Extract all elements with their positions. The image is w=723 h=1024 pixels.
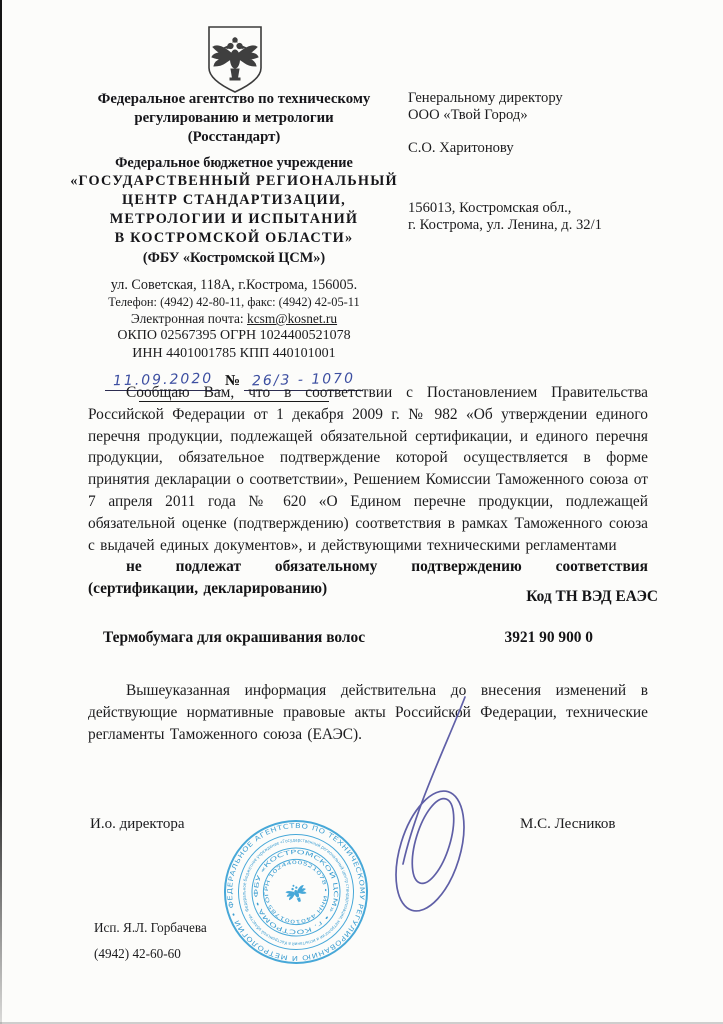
- institution-name-line-3: МЕТРОЛОГИИ И ИСПЫТАНИЙ: [60, 210, 408, 229]
- body-paragraph-1: Сообщаю Вам, что в соответствии с Постан…: [88, 382, 648, 556]
- letter-body: Сообщаю Вам, что в соответствии с Постан…: [88, 382, 648, 600]
- org-email-line: Электронная почта: kcsm@kosnet.ru: [60, 310, 408, 327]
- executor-phone: (4942) 42-60-60: [94, 946, 181, 962]
- closing-paragraph: Вышеуказанная информация действительна д…: [88, 680, 648, 745]
- institution-type: Федеральное бюджетное учреждение: [60, 154, 408, 172]
- official-stamp: • ФЕДЕРАЛЬНОЕ АГЕНТСТВО ПО ТЕХНИЧЕСКОМУ …: [218, 814, 374, 970]
- org-email-label: Электронная почта:: [131, 311, 247, 326]
- org-phone-fax: Телефон: (4942) 42-80-11, факс: (4942) 4…: [60, 294, 408, 310]
- institution-name-line-1: «ГОСУДАРСТВЕННЫЙ РЕГИОНАЛЬНЫЙ: [60, 172, 408, 191]
- signer-position: И.о. директора: [90, 816, 185, 833]
- org-inn-kpp: ИНН 4401001785 КПП 440101001: [60, 345, 408, 363]
- scan-artifact-left-edge: [0, 0, 2, 1024]
- scanned-letter-page: Федеральное агентство по техническому ре…: [0, 0, 723, 1024]
- stamp-eagle-icon: [283, 881, 309, 906]
- institution-abbr: (ФБУ «Костромской ЦСМ»): [60, 249, 408, 268]
- addressee-address-line-1: 156013, Костромская обл.,: [408, 200, 698, 217]
- agency-abbr: (Росстандарт): [60, 128, 408, 147]
- institution-name-line-2: ЦЕНТР СТАНДАРТИЗАЦИИ,: [60, 191, 408, 210]
- coat-of-arms-icon: [204, 26, 266, 94]
- signer-name: М.С. Лесников: [520, 816, 616, 833]
- closing-paragraph-wrap: Вышеуказанная информация действительна д…: [88, 680, 648, 745]
- addressee-company: ООО «Твой Город»: [408, 107, 698, 124]
- org-okpo-ogrn: ОКПО 02567395 ОГРН 1024400521078: [60, 327, 408, 345]
- product-name: Термобумага для окрашивания волос: [103, 629, 365, 647]
- addressee-name: С.О. Харитонову: [408, 140, 698, 157]
- addressee-address-line-2: г. Кострома, ул. Ленина, д. 32/1: [408, 217, 698, 234]
- executor-name: Исп. Я.Л. Горбачева: [94, 920, 207, 936]
- addressee-position: Генеральному директору: [408, 90, 698, 107]
- org-email-address: kcsm@kosnet.ru: [247, 311, 337, 326]
- code-column-header: Код ТН ВЭД ЕАЭС: [88, 588, 658, 606]
- agency-name: Федеральное агентство по техническому ре…: [60, 90, 408, 128]
- product-row: Термобумага для окрашивания волос 3921 9…: [88, 629, 648, 647]
- institution-name-line-4: В КОСТРОМСКОЙ ОБЛАСТИ»: [60, 229, 408, 248]
- org-address: ул. Советская, 118А, г.Кострома, 156005.: [60, 276, 408, 294]
- addressee-block: Генеральному директору ООО «Твой Город» …: [408, 90, 698, 234]
- signature-stroke: [372, 688, 484, 923]
- product-code: 3921 90 900 0: [505, 629, 594, 647]
- org-letterhead: Федеральное агентство по техническому ре…: [60, 90, 408, 402]
